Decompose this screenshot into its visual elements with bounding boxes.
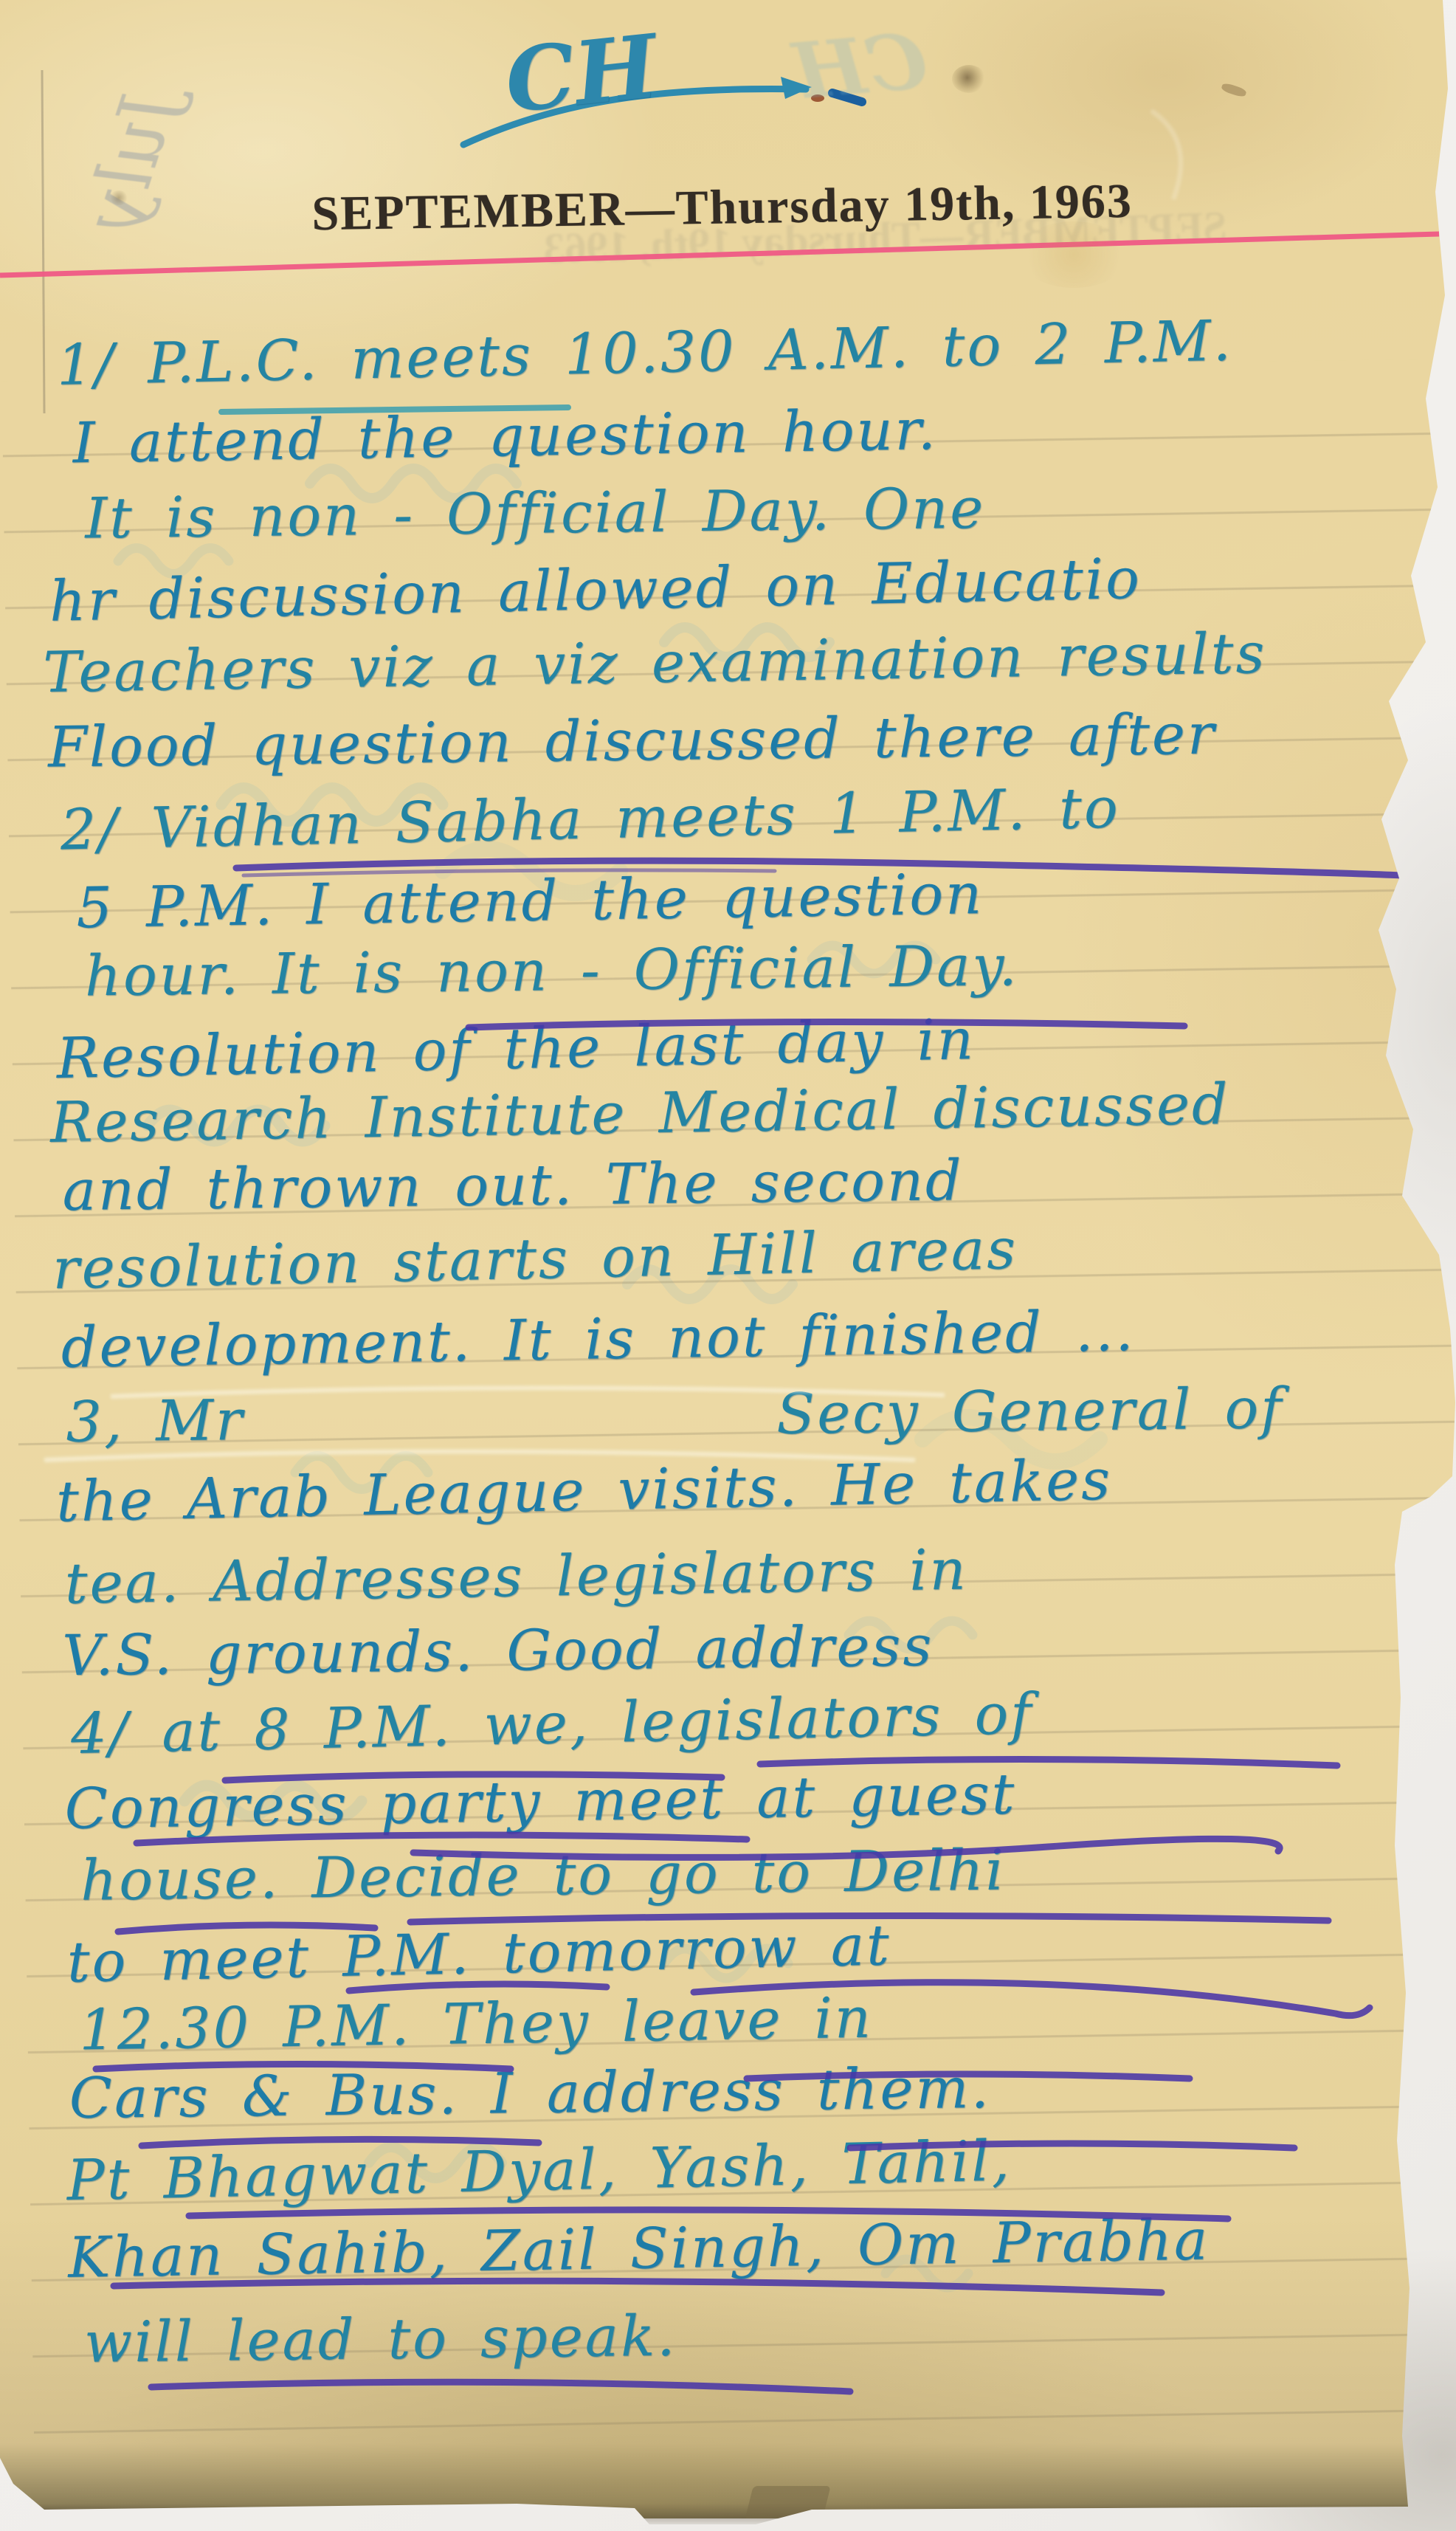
paper-spot (109, 190, 128, 205)
crease-line (44, 1452, 915, 1461)
underline-stroke (850, 2143, 1294, 2148)
underline-stroke (96, 2065, 511, 2070)
underline-stroke (410, 1915, 1328, 1922)
underline-stroke (225, 1774, 722, 1780)
crease-line (111, 1388, 945, 1397)
teal-underline (221, 407, 568, 412)
paper-fold-tab (745, 2486, 830, 2518)
underline-stroke (142, 2139, 539, 2146)
handwritten-ch-mark: CH (500, 15, 662, 133)
underline-stroke (137, 1835, 747, 1843)
pencil-ghost-mark: July (89, 96, 295, 362)
paper-stain (1018, 221, 1129, 288)
underline-stroke (189, 2210, 1228, 2219)
crease-line (1151, 111, 1181, 199)
underline-stroke (760, 1759, 1337, 1766)
underline-stroke (413, 1839, 1280, 1857)
underline-stroke (694, 1983, 1370, 2016)
ink-overlay (0, 0, 1456, 2518)
underline-stroke (244, 870, 775, 875)
underline-stroke (114, 2281, 1162, 2293)
underline-stroke (349, 1984, 607, 1991)
underline-stroke (469, 1022, 1184, 1027)
paper-dimple (952, 65, 986, 93)
diary-page: SEPTEMBER—Thursday 19th, 1963 SEPTEMBER—… (0, 0, 1456, 2518)
handwritten-ch-ghost: CH (790, 15, 931, 117)
underline-stroke (118, 1925, 375, 1932)
underline-stroke (151, 2382, 850, 2391)
scanner-background: SEPTEMBER—Thursday 19th, 1963 SEPTEMBER—… (0, 0, 1456, 2531)
underline-stroke (747, 2074, 1190, 2079)
